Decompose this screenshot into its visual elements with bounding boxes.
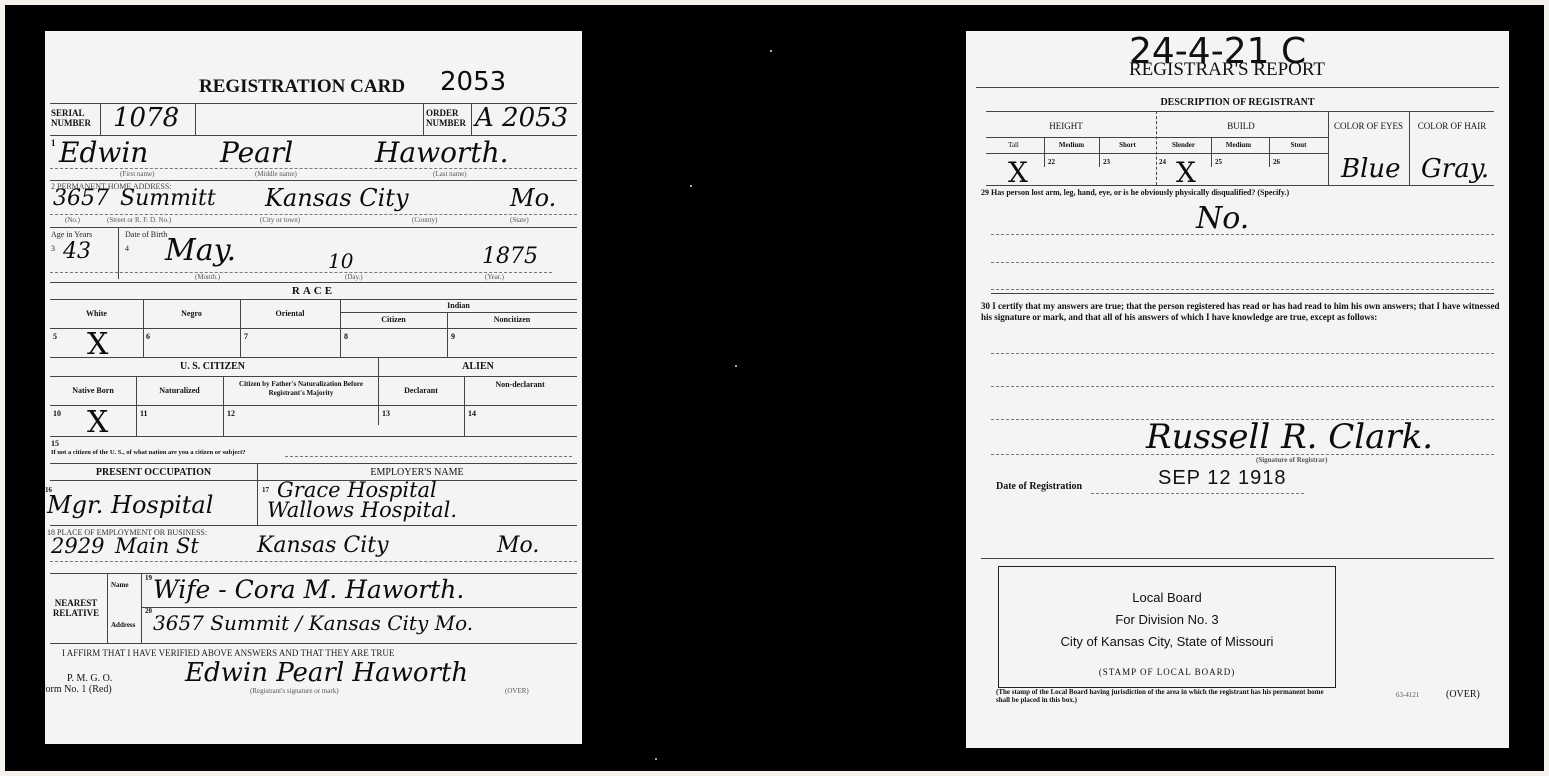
- field-number: 22: [1048, 158, 1055, 166]
- registrar-signature: Russell R. Clark.: [1146, 417, 1433, 457]
- field29-question: 29 Has person lost arm, leg, hand, eye, …: [981, 188, 1501, 198]
- field-number: 12: [227, 409, 235, 418]
- addr-label-county: (County): [412, 216, 437, 224]
- eye-color-value: Blue: [1341, 154, 1401, 184]
- race-col-indian-citizen: Citizen: [340, 315, 447, 324]
- home-city: Kansas City: [265, 184, 409, 212]
- nearest-relative-label: NEAREST RELATIVE: [47, 598, 105, 618]
- citizen-mark-native: X: [87, 405, 108, 440]
- card-title-number: 2053: [440, 67, 506, 97]
- employment-number: 2929: [51, 534, 104, 558]
- field-number: 24: [1159, 158, 1166, 166]
- employment-city: Kansas City: [257, 533, 389, 558]
- alien-col-declarant: Declarant: [378, 386, 464, 395]
- registrant-signature: Edwin Pearl Haworth: [185, 658, 468, 688]
- home-street: Summitt: [120, 186, 216, 211]
- field-number: 19: [145, 574, 152, 582]
- dob-label: Date of Birth: [125, 230, 167, 239]
- report-title: REGISTRAR'S REPORT: [1129, 59, 1325, 81]
- occupation-title: PRESENT OCCUPATION: [50, 467, 257, 478]
- build-col-medium: Medium: [1211, 141, 1266, 149]
- card-title: REGISTRATION CARD: [199, 76, 405, 98]
- build-title: BUILD: [1156, 121, 1326, 131]
- citizen-col-naturalized: Naturalized: [136, 386, 223, 395]
- age-label: Age in Years: [51, 230, 92, 239]
- form-code: 63-4121: [1396, 691, 1419, 699]
- addr-label-city: (City or town): [260, 216, 300, 224]
- registration-date-value: SEP 12 1918: [1158, 467, 1287, 490]
- field-number: 23: [1103, 158, 1110, 166]
- registrar-signature-label: (Signature of Registrar): [1256, 456, 1327, 464]
- field-number: 13: [382, 409, 390, 418]
- field-number: 1: [51, 138, 56, 148]
- height-col-short: Short: [1099, 141, 1156, 149]
- field-number: 4: [125, 244, 129, 253]
- registration-card-front: REGISTRATION CARD 2053 SERIAL NUMBER 107…: [45, 31, 582, 744]
- field30-certification: 30 I certify that my answers are true; t…: [981, 301, 1501, 323]
- order-number-label: ORDER NUMBER: [426, 108, 471, 128]
- race-col-white: White: [50, 309, 143, 318]
- signature-label: (Registrant's signature or mark): [250, 687, 339, 695]
- registration-date-label: Date of Registration: [996, 481, 1082, 492]
- dob-day: 10: [328, 249, 353, 273]
- registrars-report-back: 24-4-21 C REGISTRAR'S REPORT DESCRIPTION…: [966, 31, 1509, 748]
- relative-name: Wife - Cora M. Haworth.: [153, 575, 464, 604]
- employer-title: EMPLOYER'S NAME: [257, 467, 577, 478]
- hair-color-value: Gray.: [1421, 154, 1489, 184]
- dob-month-label: (Month.): [195, 273, 220, 281]
- field-number: 15: [51, 439, 59, 448]
- race-col-negro: Negro: [143, 309, 240, 318]
- field-number: 14: [468, 409, 476, 418]
- addr-label-no: (No.): [65, 216, 80, 224]
- citizen-col-father: Citizen by Father's Naturalization Befor…: [227, 380, 375, 398]
- stamp-line1: Local Board: [999, 587, 1335, 609]
- alien-col-nondeclarant: Non-declarant: [485, 380, 555, 390]
- build-col-stout: Stout: [1269, 141, 1328, 149]
- height-title: HEIGHT: [986, 121, 1146, 131]
- order-number-value: A 2053: [475, 103, 568, 133]
- race-col-indian: Indian: [340, 301, 577, 310]
- race-col-indian-noncitizen: Noncitizen: [447, 315, 577, 324]
- serial-number-label: SERIAL NUMBER: [51, 108, 99, 128]
- local-board-stamp-box: Local Board For Division No. 3 City of K…: [998, 566, 1336, 688]
- home-state: Mo.: [510, 184, 556, 212]
- field-number: 11: [140, 409, 148, 418]
- stamp-label: (STAMP OF LOCAL BOARD): [999, 667, 1335, 677]
- employment-state: Mo.: [497, 533, 539, 558]
- alien-title: ALIEN: [378, 361, 578, 372]
- pmgo-label: P. M. G. O.: [67, 673, 112, 684]
- occupation-value: Mgr. Hospital: [47, 491, 213, 519]
- citizen-col-native: Native Born: [50, 386, 136, 395]
- build-col-slender: Slender: [1156, 141, 1211, 149]
- employer-line2: Wallows Hospital.: [267, 498, 457, 522]
- field-number: 9: [451, 332, 455, 341]
- relative-address: 3657 Summit / Kansas City Mo.: [153, 611, 473, 635]
- over-label: (OVER): [1446, 689, 1480, 700]
- form-number: Form No. 1 (Red): [40, 684, 112, 695]
- age-value: 43: [63, 239, 91, 264]
- middle-name-label: (Middle name): [255, 170, 297, 178]
- eyes-title: COLOR OF EYES: [1331, 121, 1406, 131]
- us-citizen-title: U. S. CITIZEN: [50, 361, 375, 372]
- stamp-note: (The stamp of the Local Board having jur…: [996, 688, 1336, 704]
- field29-answer: No.: [1196, 201, 1249, 236]
- dob-day-label: (Day.): [345, 273, 363, 281]
- dob-year: 1875: [482, 244, 538, 269]
- height-col-medium: Medium: [1044, 141, 1099, 149]
- relative-address-label: Address: [111, 621, 135, 629]
- race-title: RACE: [45, 285, 582, 297]
- description-title: DESCRIPTION OF REGISTRANT: [966, 97, 1509, 108]
- field-number: 5: [53, 332, 57, 341]
- field-number: 7: [244, 332, 248, 341]
- stamp-line2: For Division No. 3: [999, 609, 1335, 631]
- home-number: 3657: [53, 186, 109, 211]
- field-number: 20: [145, 607, 152, 615]
- field-number: 17: [262, 486, 269, 494]
- height-col-tall: Tall: [986, 141, 1041, 149]
- hair-title: COLOR OF HAIR: [1412, 121, 1492, 131]
- field-number: 3: [51, 244, 55, 253]
- affirm-text: I AFFIRM THAT I HAVE VERIFIED ABOVE ANSW…: [62, 648, 394, 658]
- over-label: (OVER): [505, 687, 529, 695]
- relative-name-label: Name: [111, 581, 129, 589]
- field-number: 25: [1215, 158, 1222, 166]
- last-name: Haworth.: [375, 136, 509, 169]
- stamp-line3: City of Kansas City, State of Missouri: [999, 631, 1335, 653]
- field-number: 10: [53, 409, 61, 418]
- middle-name: Pearl: [220, 136, 293, 169]
- race-col-oriental: Oriental: [240, 309, 340, 318]
- field-number: 6: [146, 332, 150, 341]
- dob-year-label: (Year.): [485, 273, 504, 281]
- field-number: 8: [344, 332, 348, 341]
- serial-number-value: 1078: [113, 103, 179, 133]
- employment-street: Main St: [115, 534, 199, 558]
- first-name-label: (First name): [120, 170, 154, 178]
- field15-question: If not a citizen of the U. S., of what n…: [51, 449, 246, 456]
- last-name-label: (Last name): [433, 170, 467, 178]
- first-name: Edwin: [59, 136, 148, 169]
- field-number: 26: [1273, 158, 1280, 166]
- addr-label-state: (State): [510, 216, 529, 224]
- addr-label-street: (Street or R. F. D. No.): [107, 216, 171, 224]
- dob-month: May.: [165, 233, 236, 268]
